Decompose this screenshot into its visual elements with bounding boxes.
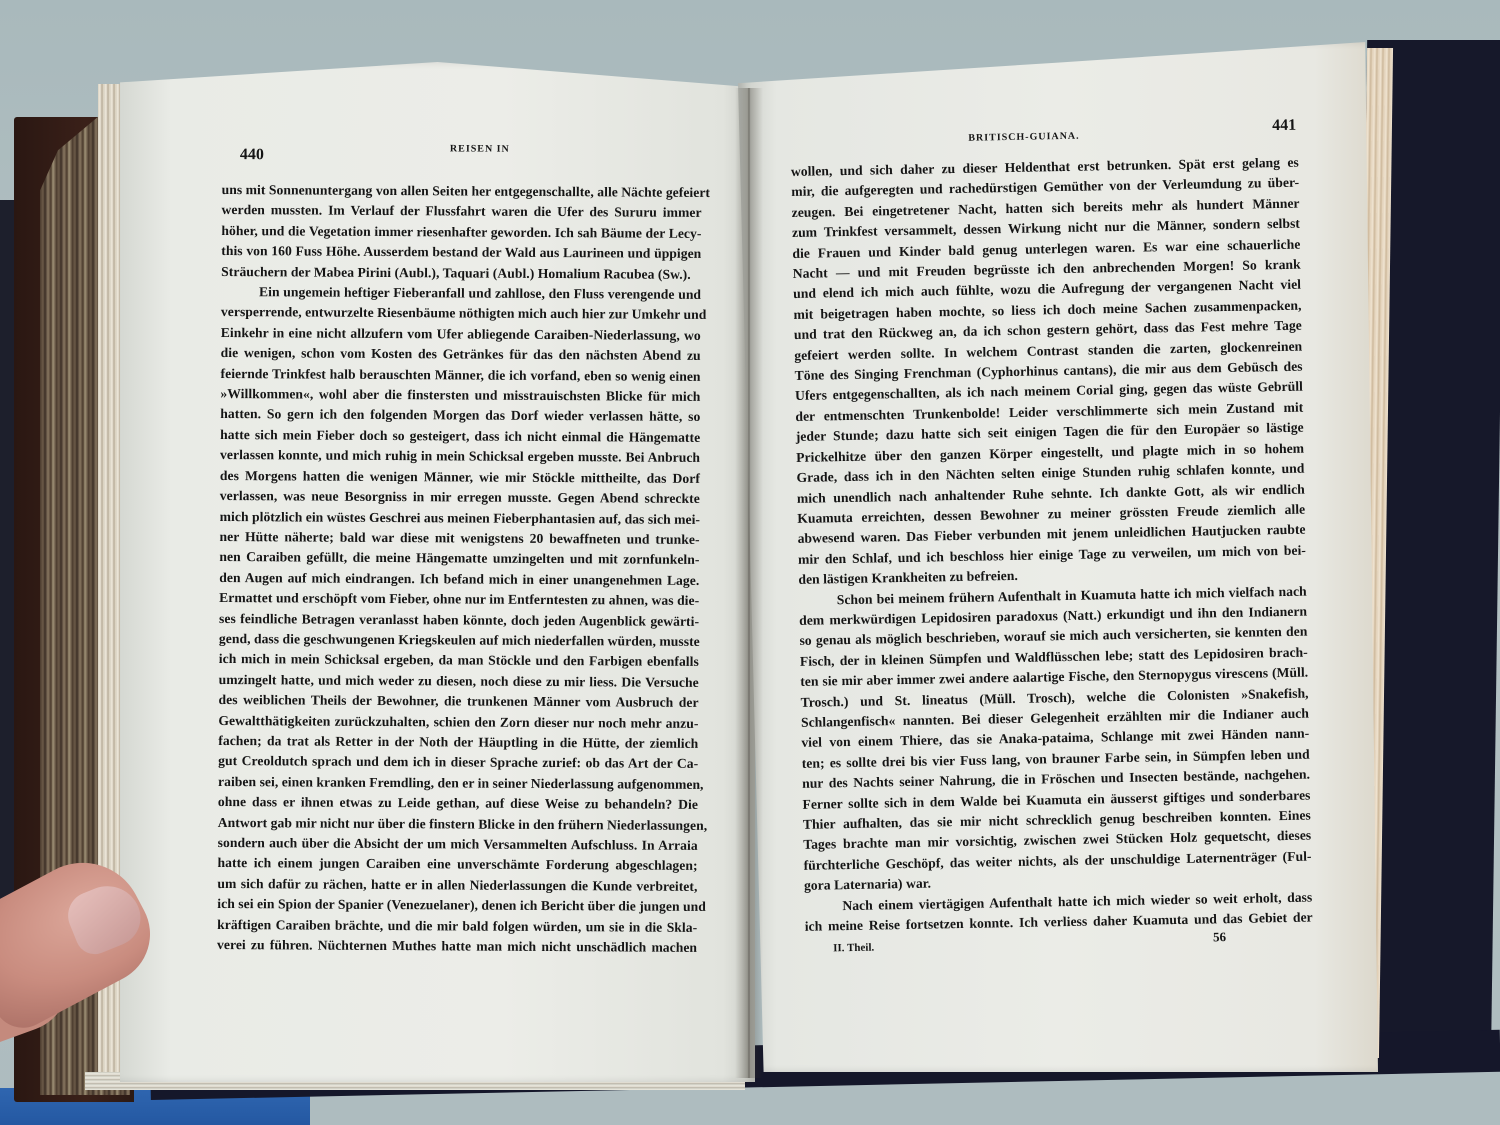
text-line: des Morgens hatten die wenigen Männer, w… [220,466,700,489]
left-page-text: 440 REISEN IN uns mit Sonnenuntergang vo… [217,140,702,958]
text-line: gend, dass die geschwungenen Kriegskeule… [219,629,699,652]
text-line: feiernde Trinkfest halb berauschten Männ… [221,364,701,387]
text-line: nen Caraiben gefüllt, die meine Hängemat… [219,547,699,570]
page-number: 441 [1272,117,1296,135]
text-line: um sich dafür zu rächen, hatte er in all… [217,874,697,897]
text-line: werden mussten. Im Verlauf der Flussfahr… [222,200,702,223]
text-line: verlassen, was neue Besorgniss in mir er… [220,486,700,509]
text-line: kräftigen Caraiben brächte, und die mir … [217,915,697,938]
signature-label: II. Theil. [833,942,874,955]
left-page-body: uns mit Sonnenuntergang von allen Seiten… [217,180,702,958]
page-number: 440 [240,146,264,164]
text-line: »Willkommen«, wohl aber die finstersten … [220,384,700,407]
text-line: höher, und die Vegetation immer riesenha… [221,221,701,244]
text-line: ses feindliche Betragen veranlasst haben… [219,609,699,632]
text-line: hatte ich einem jungen Caraiben eine unv… [218,853,698,876]
text-line: des weiblichen Theils der Bewohner, die … [219,690,699,713]
running-head: BRITISCH-GUIANA. [968,131,1079,144]
text-line: ich mich in mein Schicksal ergeben, da m… [219,649,699,672]
photo-scene: 440 REISEN IN uns mit Sonnenuntergang vo… [0,0,1500,1125]
right-page-text: BRITISCH-GUIANA. 441 wollen, und sich da… [790,113,1313,964]
text-line: verlassen konnte, und mich ruhig in mein… [220,445,700,468]
signature-number: 56 [1213,930,1226,946]
text-line: die wenigen, schon vom Kosten des Geträn… [221,343,701,366]
book-gutter [735,88,763,1078]
text-line: this von 160 Fuss Höhe. Ausserdem bestan… [221,241,701,264]
text-line: gut Creoldutch sprach und dem ich in die… [218,751,698,774]
text-line: Antwort gab mir nicht nur über die finst… [218,813,698,836]
text-line: ohne dass er ihnen etwas zu Leide gethan… [218,792,698,815]
text-line: hatten. So gern ich den folgenden Morgen… [220,404,700,427]
text-line: uns mit Sonnenuntergang von allen Seiten… [222,180,702,203]
text-line: ich sei ein Spion der Spanier (Venezuela… [217,894,697,917]
text-line: fachen; da trat als Retter in der Noth d… [218,731,698,754]
text-line: hatte sich mein Fieber doch so gesteiger… [220,425,700,448]
text-line: umzingelt hatte, und mich weder zu diese… [219,670,699,693]
text-line: mich plötzlich ein wüstes Geschrei aus m… [220,506,700,529]
text-line: Sträuchern der Mabea Pirini (Aubl.), Taq… [221,262,701,285]
running-head: REISEN IN [450,143,510,154]
text-line: Gewaltthätigkeiten zurückzuhalten, schie… [218,711,698,734]
text-line: raiben sei, einen kranken Fremdling, den… [218,772,698,795]
text-line: verei zu führen. Nüchternen Muthes hatte… [217,935,697,958]
text-line: sondern auch über die Absicht der um mic… [218,833,698,856]
text-line: ner Hütte näherte; bald war diese mit we… [220,527,700,550]
text-line: Ermattet und erschöpft vom Fieber, ohne … [219,588,699,611]
text-line: Einkehr in eine nicht allzufern vom Ufer… [221,323,701,346]
text-line: den Augen auf mich eindrangen. Ich befan… [219,568,699,591]
right-page-body: wollen, und sich daher zu dieser Heldent… [791,153,1313,938]
text-line: Ein ungemein heftiger Fieberanfall und z… [221,282,701,305]
left-page-header: 440 REISEN IN [222,140,702,183]
text-line: versperrende, entwurzelte Riesenbäume nö… [221,302,701,325]
